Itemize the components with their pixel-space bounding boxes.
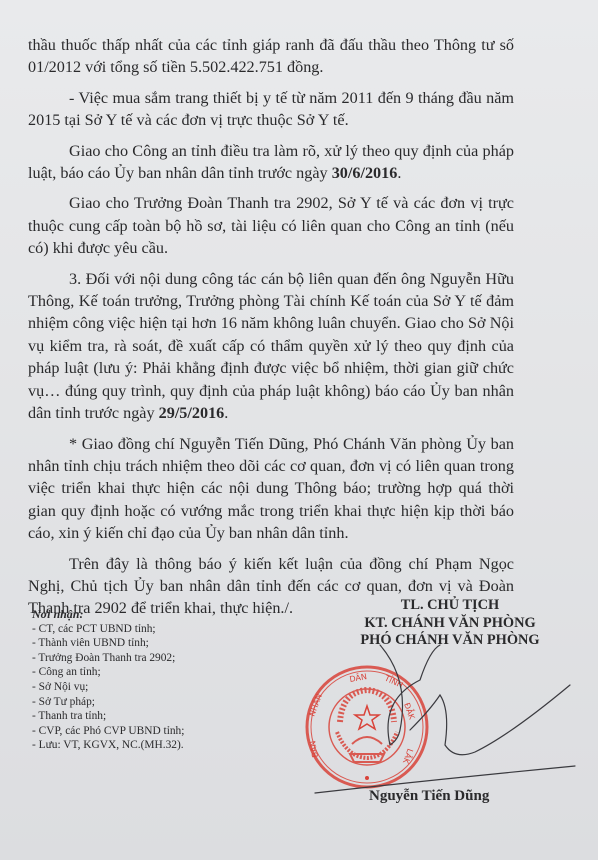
signer-name: Nguyễn Tiến Dũng [369,788,489,805]
signature-title-1: TL. CHỦ TỊCH [320,597,580,615]
recipient-item: - Lưu: VT, KGVX, NC.(MH.32). [32,738,184,753]
paragraph-item-3: 3. Đối với nội dung công tác cán bộ liên… [28,268,514,425]
document-page: thầu thuốc thấp nhất của các tỉnh giáp r… [0,0,598,860]
recipients-title: Nơi nhận: [32,607,184,622]
paragraph-police-assignment: Giao cho Công an tỉnh điều tra làm rõ, x… [28,140,514,185]
recipient-item: - Sở Tư pháp; [32,695,184,710]
recipient-item: - Thanh tra tỉnh; [32,709,184,724]
recipient-item: - Công an tỉnh; [32,665,184,680]
signature-title-2: KT. CHÁNH VĂN PHÒNG [320,615,580,633]
handwritten-signature-icon [280,640,598,800]
paragraph-monitoring: * Giao đồng chí Nguyễn Tiến Dũng, Phó Ch… [28,433,514,545]
recipient-item: - CVP, các Phó CVP UBND tỉnh; [32,724,184,739]
body-text: thầu thuốc thấp nhất của các tỉnh giáp r… [28,34,514,620]
recipient-item: - Sở Nội vụ; [32,680,184,695]
paragraph-inspection-team: Giao cho Trưởng Đoàn Thanh tra 2902, Sở … [28,192,514,259]
paragraph-continuation: thầu thuốc thấp nhất của các tỉnh giáp r… [28,34,514,79]
recipients-list: Nơi nhận: - CT, các PCT UBND tỉnh; - Thà… [32,607,184,753]
paragraph-equipment-purchase: - Việc mua sắm trang thiết bị y tế từ nă… [28,87,514,132]
recipient-item: - Trưởng Đoàn Thanh tra 2902; [32,651,184,666]
recipient-item: - Thành viên UBND tỉnh; [32,636,184,651]
deadline-date: 29/5/2016 [159,404,225,422]
deadline-date: 30/6/2016 [332,164,398,182]
recipient-item: - CT, các PCT UBND tỉnh; [32,622,184,637]
